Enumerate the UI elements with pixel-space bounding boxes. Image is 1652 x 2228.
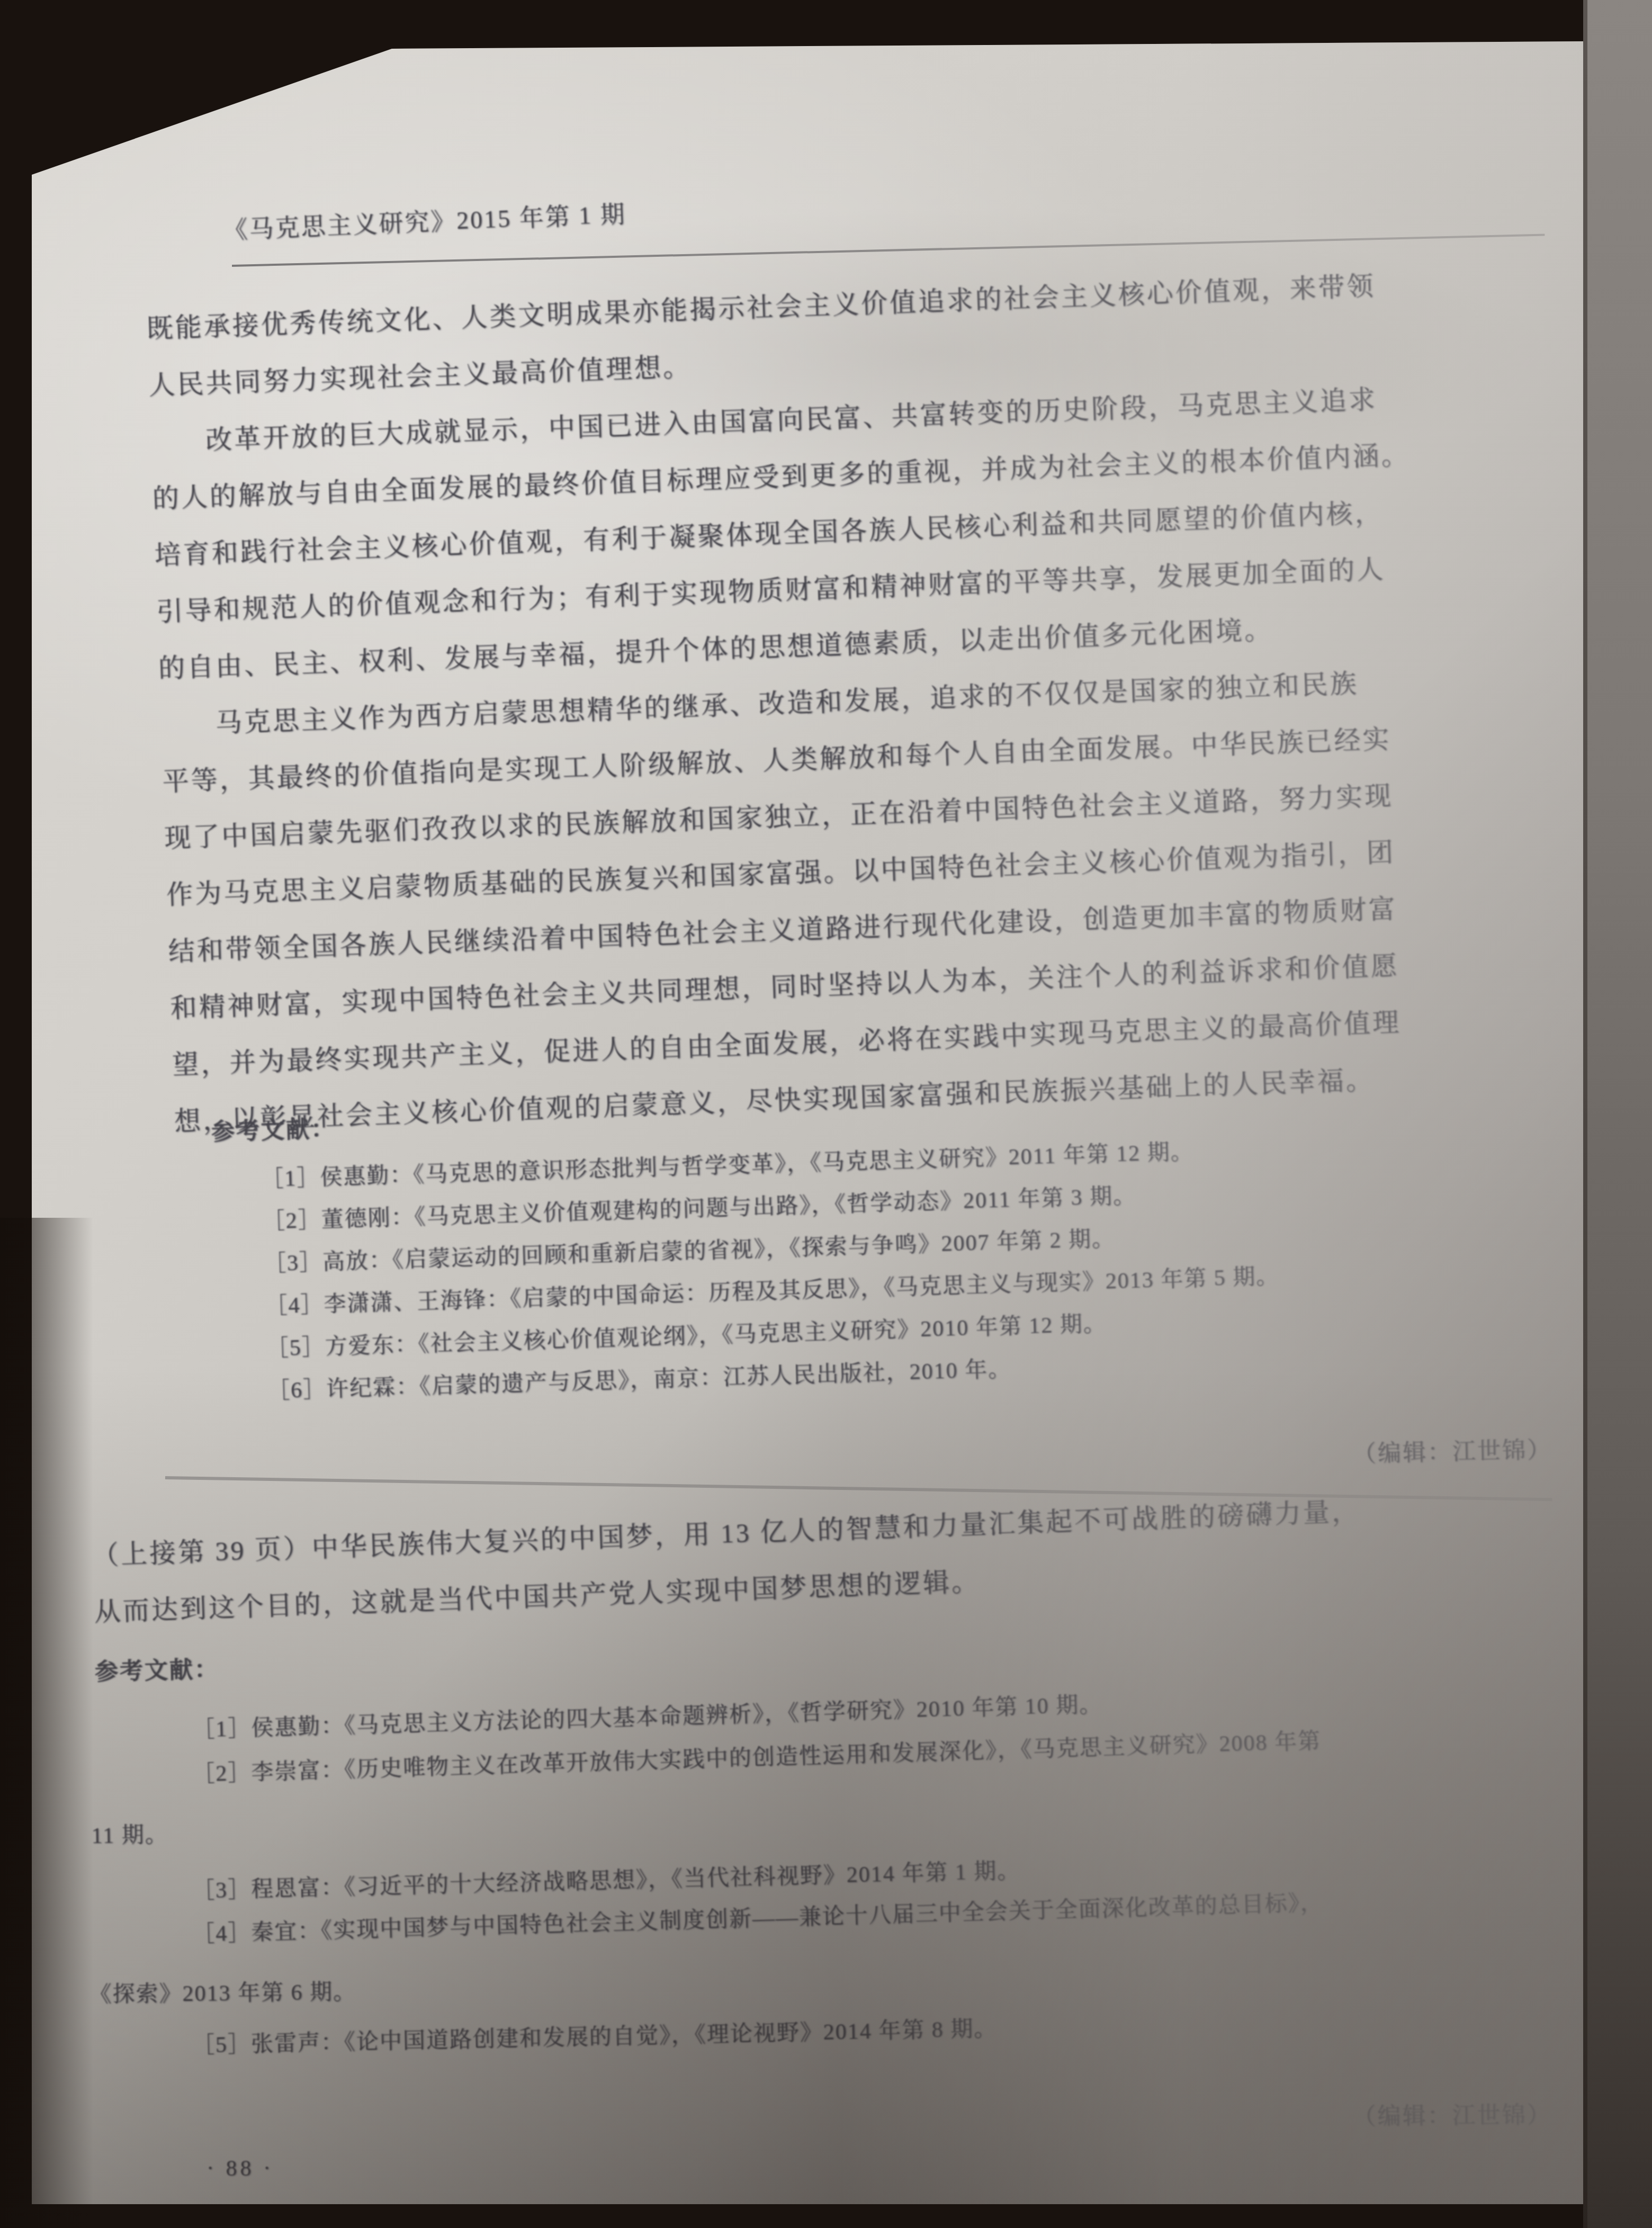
- references-heading: 参考文献：: [94, 1650, 219, 1687]
- reference-item: 《探索》2013 年第 6 期。: [89, 1971, 356, 2016]
- reference-item: ［5］张雷声：《论中国道路创建和发展的自觉》，《理论视野》2014 年第 8 期…: [192, 2008, 998, 2067]
- photo-background: 《马克思主义研究》2015 年第 1 期 既能承接优秀传统文化、人类文明成果亦能…: [0, 0, 1652, 2228]
- continuation-paragraph: （上接第 39 页）中华民族伟大复兴的中国梦，用 13 亿人的智慧和力量汇集起不…: [91, 1476, 1524, 1639]
- page-number: · 88 ·: [206, 2156, 274, 2181]
- book-page-stack-edge: [1583, 0, 1652, 2228]
- references-heading: 参考文献：: [211, 1110, 336, 1147]
- journal-page: 《马克思主义研究》2015 年第 1 期 既能承接优秀传统文化、人类文明成果亦能…: [32, 0, 1583, 2204]
- journal-running-head: 《马克思主义研究》2015 年第 1 期: [222, 194, 627, 246]
- reference-item: 11 期。: [91, 1814, 168, 1857]
- editor-credit: （编辑：江世锦）: [985, 2096, 1552, 2134]
- editor-credit: （编辑：江世锦）: [985, 1431, 1552, 1476]
- article1-body: 既能承接优秀传统文化、人类文明成果亦能揭示社会主义价值追求的社会主义核心价值观，…: [146, 253, 1561, 1150]
- references-list: ［1］侯惠勤：《马克思的意识形态批判与哲学变革》，《马克思主义研究》2011 年…: [261, 1128, 1282, 1413]
